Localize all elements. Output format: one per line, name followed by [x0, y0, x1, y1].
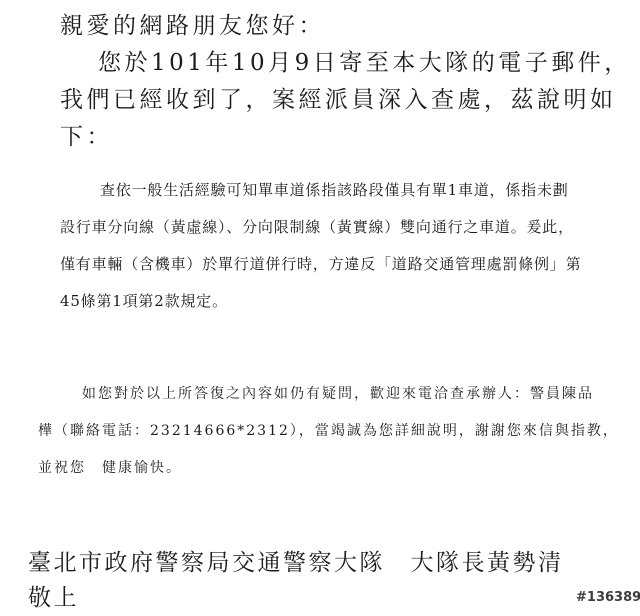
greeting-line-1: 親愛的網路朋友您好： [60, 8, 631, 45]
explanation-line-1: 查依一般生活經驗可知單車道係指該路段僅具有單1車道，係指未劃 [60, 172, 581, 209]
signature-closing-line: 敬上 [28, 581, 564, 616]
explanation-line-4: 45條第1項第2款規定。 [60, 283, 581, 320]
signature-org-line: 臺北市政府警察局交通警察大隊 大隊長黃勢清 [28, 546, 564, 581]
police-reply-letter-document: 親愛的網路朋友您好： 您於101年10月9日寄至本大隊的電子郵件， 我們已經收到… [0, 0, 640, 616]
greeting-paragraph: 親愛的網路朋友您好： 您於101年10月9日寄至本大隊的電子郵件， 我們已經收到… [60, 8, 631, 156]
contact-line-2: 樺（聯絡電話：23214666*2312），當竭誠為您詳細說明，謝謝您來信與指教… [38, 413, 619, 450]
greeting-line-2: 您於101年10月9日寄至本大隊的電子郵件， [60, 45, 631, 82]
explanation-paragraph: 查依一般生活經驗可知單車道係指該路段僅具有單1車道，係指未劃 設行車分向線（黃虛… [60, 172, 581, 320]
contact-line-1: 如您對於以上所答復之內容如仍有疑問，歡迎來電洽查承辦人：警員陳品 [38, 376, 619, 413]
contact-line-3: 並祝您 健康愉快。 [38, 450, 619, 487]
image-id-watermark: #136389 [576, 590, 640, 605]
contact-paragraph: 如您對於以上所答復之內容如仍有疑問，歡迎來電洽查承辦人：警員陳品 樺（聯絡電話：… [38, 376, 619, 487]
explanation-line-2: 設行車分向線（黃虛線）、分向限制線（黃實線）雙向通行之車道。爰此， [60, 209, 581, 246]
signature-block: 臺北市政府警察局交通警察大隊 大隊長黃勢清 敬上 [28, 546, 564, 616]
explanation-line-3: 僅有車輛（含機車）於單行道併行時，方違反「道路交通管理處罰條例」第 [60, 246, 581, 283]
greeting-line-4: 下： [60, 119, 631, 156]
greeting-line-3: 我們已經收到了，案經派員深入查處，茲說明如 [60, 82, 631, 119]
